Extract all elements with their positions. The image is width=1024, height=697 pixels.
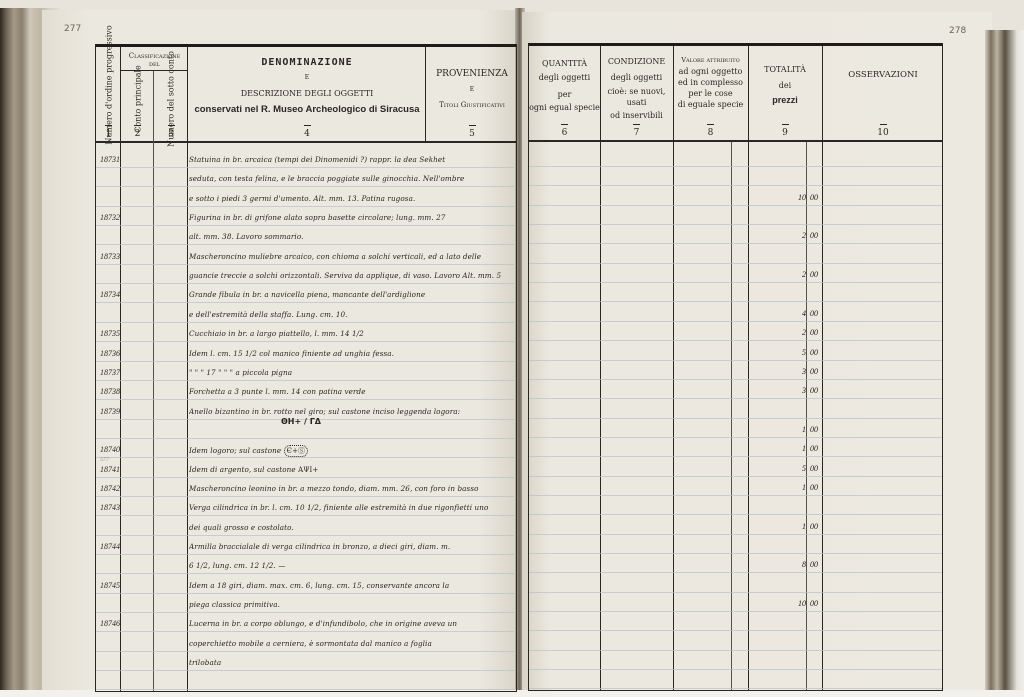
ruled-line bbox=[529, 263, 942, 264]
entry-description-line: Anello bizantino in br. rotto nel giro; … bbox=[189, 407, 513, 416]
ruled-line bbox=[96, 380, 516, 381]
entry-number: 18738 bbox=[100, 387, 128, 396]
entry-description-line: Idem logoro; sul castone Є+Ⓢ bbox=[189, 445, 513, 457]
ruled-line bbox=[96, 167, 516, 168]
entry-number: 18732 bbox=[100, 213, 128, 222]
header-denominazione: DENOMINAZIONE bbox=[188, 57, 426, 68]
header-provenienza: PROVENIENZA bbox=[426, 69, 518, 80]
price-centesimi: 00 bbox=[810, 348, 818, 357]
price-centesimi: 00 bbox=[810, 328, 818, 337]
right-page-stack-edges bbox=[985, 30, 1024, 690]
ruled-line bbox=[96, 535, 516, 536]
header-descrizione: DESCRIZIONE DEGLI OGGETTI bbox=[188, 88, 426, 99]
ruled-line bbox=[96, 457, 516, 458]
price-entry: 200 bbox=[785, 328, 825, 338]
ruled-line bbox=[96, 670, 516, 671]
header-col-2-label: Conto principale bbox=[133, 65, 142, 133]
right-page-number: 278 bbox=[949, 26, 966, 36]
price-centesimi: 00 bbox=[810, 309, 818, 318]
price-centesimi: 00 bbox=[810, 231, 818, 240]
header-osservazioni: OSSERVAZIONI bbox=[822, 70, 944, 81]
header-col-7-num: 7 bbox=[600, 124, 673, 139]
price-lire: 1 bbox=[786, 483, 806, 492]
ruled-line bbox=[529, 340, 942, 341]
header-col-2-num: 2 bbox=[121, 125, 154, 140]
entry-description-line: Figurina in br. di grifone alato sopra b… bbox=[189, 213, 513, 222]
entry-number: 18733 bbox=[100, 252, 128, 261]
entry-description-line: Mascheroncino muliebre arcaico, con chio… bbox=[189, 252, 513, 261]
header-col-3: Numero del sotto conto 3 bbox=[154, 47, 188, 141]
price-entry: 500 bbox=[785, 464, 825, 474]
header-col-1-num: 1 bbox=[96, 125, 121, 140]
entry-description-line: Idem di argento, sul castone ΑΨΙ+ bbox=[189, 465, 513, 474]
left-page-number: 277 bbox=[64, 24, 81, 34]
ruled-line bbox=[96, 573, 516, 574]
price-entry: 1000 bbox=[785, 193, 825, 203]
price-lire: 1 bbox=[786, 444, 806, 453]
ruled-line bbox=[529, 398, 942, 399]
header-col-8-l1: Valore attribuito bbox=[673, 55, 748, 66]
header-col-10: OSSERVAZIONI 10 bbox=[822, 46, 944, 140]
entry-number: 18740 bbox=[100, 445, 128, 454]
price-centesimi: 00 bbox=[810, 464, 818, 473]
header-titoli: Titoli Giustificativi bbox=[426, 100, 518, 111]
ruled-line bbox=[529, 688, 942, 689]
entry-number: 18739 bbox=[100, 407, 128, 416]
entry-description-line: guancie treccie a solchi orizzontali. Se… bbox=[189, 271, 513, 280]
ruled-line bbox=[96, 186, 516, 187]
header-col-7-l4: od inservibili bbox=[600, 110, 673, 121]
ruled-line bbox=[529, 205, 942, 206]
header-col-4-num: 4 bbox=[188, 125, 426, 140]
header-col-9-l3: prezzi bbox=[748, 95, 822, 106]
entry-description-line: Idem a 18 giri, diam. max. cm. 6, lung. … bbox=[189, 581, 513, 590]
header-col-8-l3: ed in complesso bbox=[673, 77, 748, 88]
header-col-5-conj: E bbox=[426, 84, 518, 95]
entry-number: 18745 bbox=[100, 581, 128, 590]
header-col-7-l3: cioè: se nuovi, usati bbox=[600, 86, 673, 108]
ruled-line bbox=[96, 361, 516, 362]
entry-description-line: coperchietto mobile a cerniera, è sormon… bbox=[189, 639, 513, 648]
header-col-6: QUANTITÀ degli oggetti per ogni egual sp… bbox=[529, 46, 600, 140]
right-header-row: QUANTITÀ degli oggetti per ogni egual sp… bbox=[529, 46, 942, 142]
price-centesimi: 00 bbox=[810, 193, 818, 202]
header-col-5-num: 5 bbox=[426, 125, 518, 140]
ruled-line bbox=[529, 553, 942, 554]
entry-number: 18746 bbox=[100, 619, 128, 628]
price-centesimi: 00 bbox=[810, 483, 818, 492]
ruled-line bbox=[529, 611, 942, 612]
entry-number: 18737 bbox=[100, 368, 128, 377]
ruled-line bbox=[96, 631, 516, 632]
ruled-line bbox=[96, 322, 516, 323]
header-col-7-l2: degli oggetti bbox=[600, 72, 673, 83]
ruled-line bbox=[529, 321, 942, 322]
entry-description-line: alt. mm. 38. Lavoro sommario. bbox=[189, 232, 513, 241]
ruled-line bbox=[96, 302, 516, 303]
entry-description-line: Forchetta a 3 punte l. mm. 14 con patina… bbox=[189, 387, 513, 396]
ruled-line bbox=[529, 534, 942, 535]
entry-description-line: 6 1/2, lung. cm. 12 1/2. — bbox=[189, 561, 513, 570]
ruled-line bbox=[529, 166, 942, 167]
ruled-line bbox=[529, 185, 942, 186]
price-lire: 8 bbox=[786, 560, 806, 569]
entry-number: 18744 bbox=[100, 542, 128, 551]
header-col-7-l1: CONDIZIONE bbox=[600, 56, 673, 67]
left-ledger-table: Numero d'ordine progressivo 1 Classifica… bbox=[95, 44, 517, 692]
price-entry: 100 bbox=[785, 483, 825, 493]
entry-description-line: Idem l. cm. 15 1/2 col manico finiente a… bbox=[189, 349, 513, 358]
ruled-line bbox=[529, 379, 942, 380]
header-col-6-l1: QUANTITÀ bbox=[529, 58, 600, 69]
ruled-line bbox=[529, 437, 942, 438]
monogram-inscription: ΘΗ+ / ΓΔ bbox=[281, 418, 321, 425]
ruled-line bbox=[529, 669, 942, 670]
ruled-line bbox=[529, 282, 942, 283]
ruled-line bbox=[96, 496, 516, 497]
ruled-line bbox=[96, 593, 516, 594]
column-divider bbox=[600, 46, 601, 690]
entry-description-line: trilobata bbox=[189, 658, 513, 667]
ruled-line bbox=[529, 418, 942, 419]
entry-description-line: piega classica primitiva. bbox=[189, 600, 513, 609]
header-col-8-l2: ad ogni oggetto bbox=[673, 66, 748, 77]
entry-description-line: e dell'estremità della staffa. Lung. cm.… bbox=[189, 310, 513, 319]
header-col-6-l4: ogni egual specie bbox=[529, 102, 600, 113]
entry-number: 18743 bbox=[100, 503, 128, 512]
header-col-4: DENOMINAZIONE E DESCRIZIONE DEGLI OGGETT… bbox=[188, 47, 426, 141]
ruled-line bbox=[529, 630, 942, 631]
header-col-7: CONDIZIONE degli oggetti cioè: se nuovi,… bbox=[600, 46, 673, 140]
price-entry: 300 bbox=[785, 386, 825, 396]
ruled-line bbox=[96, 244, 516, 245]
entry-description-line: Verga cilindrica in br. l. cm. 10 1/2, f… bbox=[189, 503, 513, 512]
price-centesimi: 00 bbox=[810, 367, 818, 376]
price-centesimi: 00 bbox=[810, 270, 818, 279]
price-entry: 1000 bbox=[785, 599, 825, 609]
header-col-8: Valore attribuito ad ogni oggetto ed in … bbox=[673, 46, 748, 140]
entry-number: 18742 bbox=[100, 484, 128, 493]
header-col-9-l2: dei bbox=[748, 80, 822, 91]
header-col-8-l5: di eguale specie bbox=[673, 99, 748, 110]
price-lire: 10 bbox=[786, 193, 806, 202]
ruled-line bbox=[529, 495, 942, 496]
ledger-book-spread: 277 278 Numero d'ordine progressivo 1 Cl… bbox=[0, 0, 1024, 697]
price-centesimi: 00 bbox=[810, 560, 818, 569]
entry-description-line: Statuina in br. arcaica (tempi dei Dinom… bbox=[189, 155, 513, 164]
ruled-line bbox=[96, 689, 516, 690]
ruled-line bbox=[96, 554, 516, 555]
price-entry: 500 bbox=[785, 348, 825, 358]
price-centesimi: 00 bbox=[810, 425, 818, 434]
header-col-9: TOTALITÀ dei prezzi 9 bbox=[748, 46, 822, 140]
ruled-line bbox=[96, 399, 516, 400]
ruled-line bbox=[529, 224, 942, 225]
ruled-line bbox=[529, 650, 942, 651]
column-divider bbox=[673, 46, 674, 690]
price-centesimi: 00 bbox=[810, 522, 818, 531]
ruled-line bbox=[96, 225, 516, 226]
left-header-row: Numero d'ordine progressivo 1 Classifica… bbox=[96, 47, 516, 143]
header-col-6-l2: degli oggetti bbox=[529, 72, 600, 83]
header-col-9-l1: TOTALITÀ bbox=[748, 64, 822, 75]
price-lire: 10 bbox=[786, 599, 806, 608]
marginal-note: 577 bbox=[100, 457, 128, 463]
header-col-6-num: 6 bbox=[529, 124, 600, 139]
ruled-line bbox=[96, 264, 516, 265]
header-col-6-l3: per bbox=[529, 89, 600, 100]
header-institution: conservati nel R. Museo Archeologico di … bbox=[188, 104, 426, 115]
header-col-10-num: 10 bbox=[822, 124, 944, 139]
entry-number: 18735 bbox=[100, 329, 128, 338]
entry-description-line: dei quali grosso e costolato. bbox=[189, 523, 513, 532]
ruled-line bbox=[96, 341, 516, 342]
header-col-5: PROVENIENZA E Titoli Giustificativi 5 bbox=[426, 47, 518, 141]
ruled-line bbox=[96, 438, 516, 439]
entry-description-line: Grande fibula in br. a navicella piena, … bbox=[189, 290, 513, 299]
column-divider bbox=[153, 71, 154, 691]
entry-number: 18736 bbox=[100, 349, 128, 358]
entry-number: 18731 bbox=[100, 155, 128, 164]
price-entry: 400 bbox=[785, 309, 825, 319]
column-divider bbox=[748, 46, 749, 690]
entry-description-line: Mascheroncino leonino in br. a mezzo ton… bbox=[189, 484, 513, 493]
header-col-9-num: 9 bbox=[748, 124, 822, 139]
price-lire: 4 bbox=[786, 309, 806, 318]
header-col-8-num: 8 bbox=[673, 124, 748, 139]
ruled-line bbox=[529, 301, 942, 302]
price-lire: 3 bbox=[786, 367, 806, 376]
price-entry: 100 bbox=[785, 425, 825, 435]
header-col-2: Conto principale 2 bbox=[121, 47, 154, 141]
price-lire: 3 bbox=[786, 386, 806, 395]
right-ledger-table: QUANTITÀ degli oggetti per ogni egual sp… bbox=[528, 43, 943, 691]
price-entry: 200 bbox=[785, 270, 825, 280]
entry-description-line: " " " 17 " " " a piccola pigna bbox=[189, 368, 513, 377]
ruled-line bbox=[96, 206, 516, 207]
ruled-line bbox=[529, 592, 942, 593]
entry-number: 18741 bbox=[100, 465, 128, 474]
entry-description-line: Lucerna in br. a corpo oblungo, e d'infu… bbox=[189, 619, 513, 628]
price-centesimi: 00 bbox=[810, 444, 818, 453]
header-col-1: Numero d'ordine progressivo 1 bbox=[96, 47, 121, 141]
ruled-line bbox=[529, 476, 942, 477]
entry-description-line: e sotto i piedi 3 germi d'umento. Alt. m… bbox=[189, 194, 513, 203]
price-lire: 2 bbox=[786, 231, 806, 240]
ruled-line bbox=[96, 477, 516, 478]
ruled-line bbox=[96, 651, 516, 652]
price-entry: 200 bbox=[785, 231, 825, 241]
entry-description-line: Cucchiaio in br. a largo piattello, l. m… bbox=[189, 329, 513, 338]
monogram-inscription: ΑΨΙ+ bbox=[296, 466, 319, 474]
header-col-3-num: 3 bbox=[154, 125, 188, 140]
price-lire: 5 bbox=[786, 348, 806, 357]
price-entry: 800 bbox=[785, 560, 825, 570]
column-divider bbox=[187, 47, 188, 691]
price-centesimi: 00 bbox=[810, 386, 818, 395]
ruled-line bbox=[529, 514, 942, 515]
entry-description-line: seduta, con testa felina, e le braccia p… bbox=[189, 174, 513, 183]
ruled-line bbox=[529, 243, 942, 244]
price-lire: 5 bbox=[786, 464, 806, 473]
price-entry: 100 bbox=[785, 522, 825, 532]
ruled-line bbox=[529, 572, 942, 573]
entry-description-line: Armilla braccialale di verga cilindrica … bbox=[189, 542, 513, 551]
price-lire: 1 bbox=[786, 425, 806, 434]
header-col-8-l4: per le cose bbox=[673, 88, 748, 99]
price-lire: 1 bbox=[786, 522, 806, 531]
price-lire: 2 bbox=[786, 328, 806, 337]
ruled-line bbox=[96, 515, 516, 516]
price-centesimi: 00 bbox=[810, 599, 818, 608]
header-col-4-conj: E bbox=[188, 72, 426, 83]
price-entry: 300 bbox=[785, 367, 825, 377]
price-lire: 2 bbox=[786, 270, 806, 279]
seal-inscription: Є+Ⓢ bbox=[284, 445, 309, 457]
ruled-line bbox=[529, 456, 942, 457]
ruled-line bbox=[96, 283, 516, 284]
entry-number: 18734 bbox=[100, 290, 128, 299]
price-entry: 100 bbox=[785, 444, 825, 454]
column-divider bbox=[425, 47, 426, 143]
ruled-line bbox=[96, 612, 516, 613]
ruled-line bbox=[529, 360, 942, 361]
